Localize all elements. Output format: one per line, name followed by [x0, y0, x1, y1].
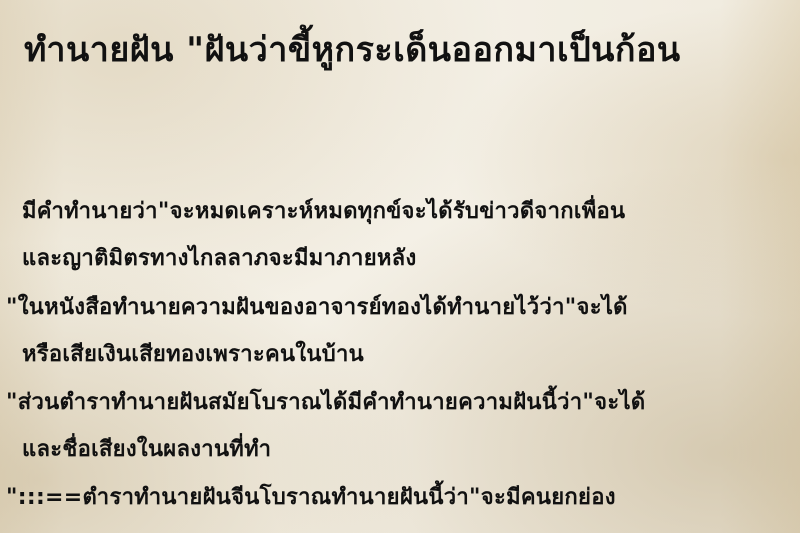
paragraph-1-line-2: และญาติมิตรทางไกลลาภจะมีมาภายหลัง	[22, 240, 417, 275]
paragraph-1-line-1: มีคำทำนายว่า"จะหมดเคราะห์หมดทุกข์จะได้รั…	[22, 193, 625, 228]
paragraph-3-line-1: "ส่วนตำราทำนายฝันสมัยโบราณได้มีคำทำนายคว…	[6, 384, 645, 419]
paragraph-2-line-1: "ในหนังสือทำนายความฝันของอาจารย์ทองได้ทำ…	[6, 289, 628, 324]
paragraph-4-line-1: ":::==ตำราทำนายฝันจีนโบราณทำนายฝันนี้ว่า…	[6, 479, 616, 514]
paragraph-3-line-2: และชื่อเสียงในผลงานที่ทำ	[22, 431, 271, 466]
page-title: ทำนายฝัน "ฝันว่าขี้หูกระเด็นออกมาเป็นก้อ…	[24, 22, 681, 76]
dream-interpretation-page: ทำนายฝัน "ฝันว่าขี้หูกระเด็นออกมาเป็นก้อ…	[0, 0, 800, 533]
paragraph-2-line-2: หรือเสียเงินเสียทองเพราะคนในบ้าน	[22, 336, 364, 371]
